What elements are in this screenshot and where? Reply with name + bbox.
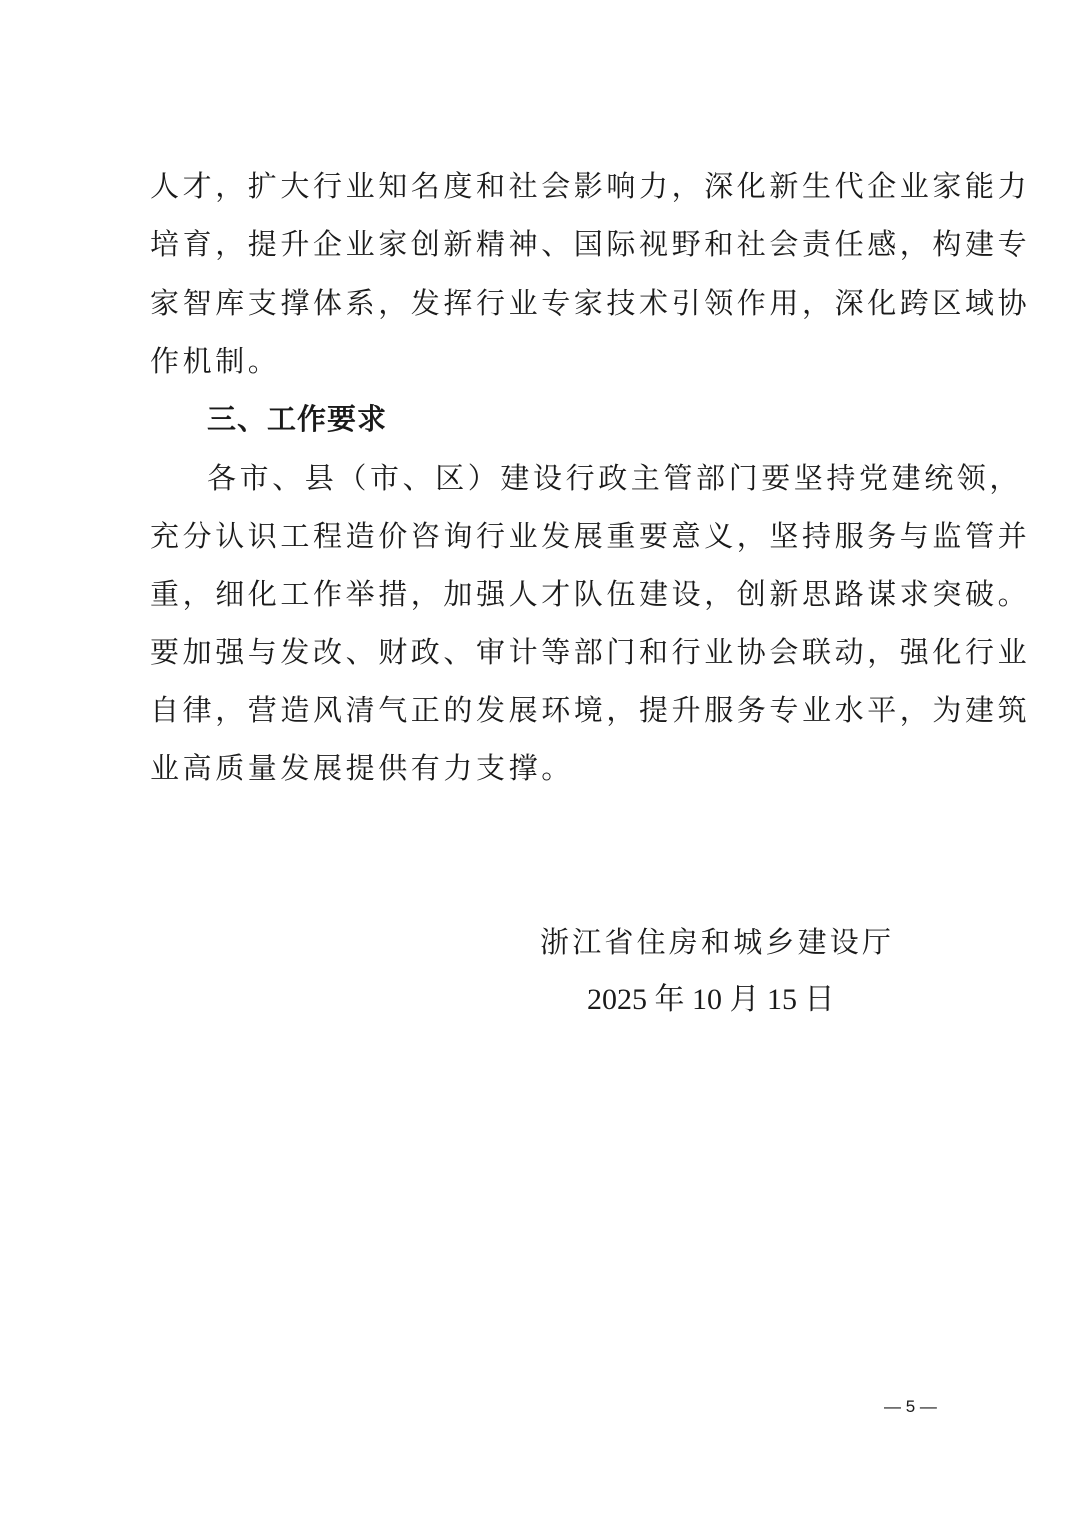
paragraph-line: 培育，提升企业家创新精神、国际视野和社会责任感，构建专 — [150, 224, 935, 264]
signature-date: 2025 年 10 月 15 日 — [587, 980, 835, 1020]
section-heading: 三、工作要求 — [207, 399, 387, 439]
paragraph-line: 人才，扩大行业知名度和社会影响力，深化新生代企业家能力 — [150, 166, 935, 206]
paragraph-line: 重，细化工作举措，加强人才队伍建设，创新思路谋求突破。 — [150, 574, 935, 614]
document-page: 人才，扩大行业知名度和社会影响力，深化新生代企业家能力 培育，提升企业家创新精神… — [0, 0, 1080, 1527]
paragraph-line: 充分认识工程造价咨询行业发展重要意义，坚持服务与监管并 — [150, 516, 935, 556]
signature-organization: 浙江省住房和城乡建设厅 — [540, 922, 894, 962]
paragraph-line: 要加强与发改、财政、审计等部门和行业协会联动，强化行业 — [150, 632, 935, 672]
paragraph-line: 家智库支撑体系，发挥行业专家技术引领作用，深化跨区域协 — [150, 283, 935, 323]
paragraph-line: 业高质量发展提供有力支撑。 — [150, 748, 935, 788]
page-number: — 5 — — [884, 1396, 937, 1418]
paragraph-line: 自律，营造风清气正的发展环境，提升服务专业水平，为建筑 — [150, 690, 935, 730]
paragraph-line: 各市、县（市、区）建设行政主管部门要坚持党建统领， — [207, 458, 935, 498]
paragraph-line: 作机制。 — [150, 341, 935, 381]
